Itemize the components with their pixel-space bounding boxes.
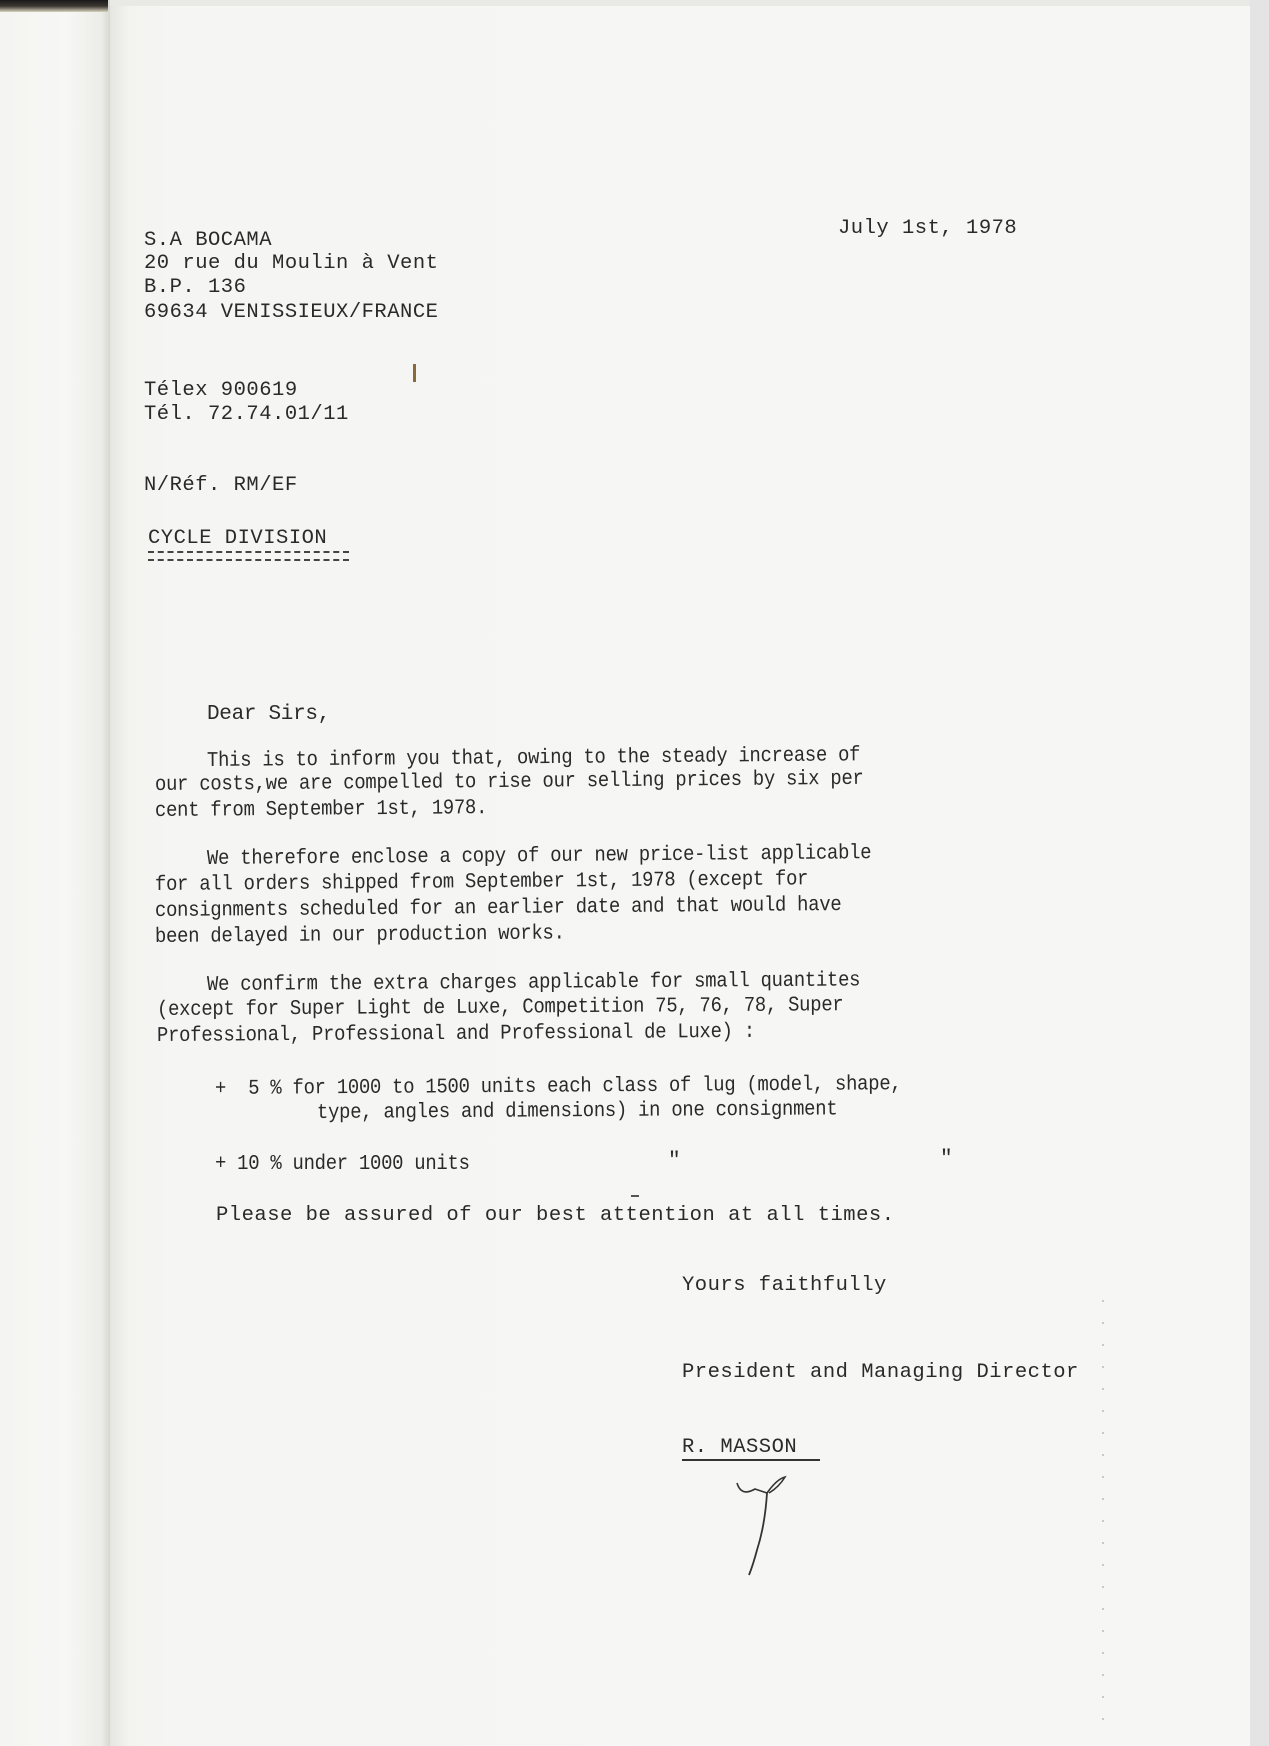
sender-po-box: B.P. 136 bbox=[144, 276, 246, 300]
reference: N/Réf. RM/EF bbox=[144, 474, 298, 498]
closing: Yours faithfully bbox=[682, 1274, 887, 1298]
paper-mark bbox=[631, 1195, 639, 1197]
sender-phone: Tél. 72.74.01/11 bbox=[144, 403, 349, 427]
signatory-title: President and Managing Director bbox=[682, 1361, 1079, 1385]
charge-10-ditto2: " bbox=[940, 1148, 952, 1172]
paragraph3-line3: Professional, Professional and Professio… bbox=[157, 1021, 755, 1049]
binder-edge bbox=[0, 0, 110, 1746]
sender-telex: Télex 900619 bbox=[144, 379, 298, 403]
handwritten-signature bbox=[735, 1475, 795, 1585]
charge-5-line2: type, angles and dimensions) in one cons… bbox=[317, 1098, 838, 1126]
binder-top-shadow bbox=[0, 0, 108, 12]
paragraph3-line1: We confirm the extra charges applicable … bbox=[207, 969, 860, 998]
charge-10-line1: + 10 % under 1000 units bbox=[215, 1153, 470, 1177]
scan-artifact-dots bbox=[1102, 1300, 1104, 1740]
sender-city: 69634 VENISSIEUX/FRANCE bbox=[144, 301, 438, 325]
page-right-edge bbox=[1250, 0, 1269, 1746]
division-double-underline bbox=[148, 551, 349, 561]
salutation: Dear Sirs, bbox=[207, 703, 330, 727]
division-heading: CYCLE DIVISION bbox=[148, 527, 327, 551]
paper-speck bbox=[413, 364, 416, 382]
letter-date: July 1st, 1978 bbox=[838, 217, 1017, 241]
sender-company: S.A BOCAMA bbox=[144, 229, 272, 253]
charge-10-ditto1: " bbox=[668, 1150, 680, 1174]
paragraph1-line3: cent from September 1st, 1978. bbox=[155, 797, 487, 824]
sender-street: 20 rue du Moulin à Vent bbox=[144, 252, 438, 276]
paragraph3-line2: (except for Super Light de Luxe, Competi… bbox=[157, 994, 844, 1023]
signatory-name: R. MASSON bbox=[682, 1436, 797, 1460]
paragraph2-line4: been delayed in our production works. bbox=[155, 922, 565, 950]
closing-sentence: Please be assured of our best attention … bbox=[216, 1204, 895, 1228]
signatory-underline bbox=[682, 1459, 820, 1461]
